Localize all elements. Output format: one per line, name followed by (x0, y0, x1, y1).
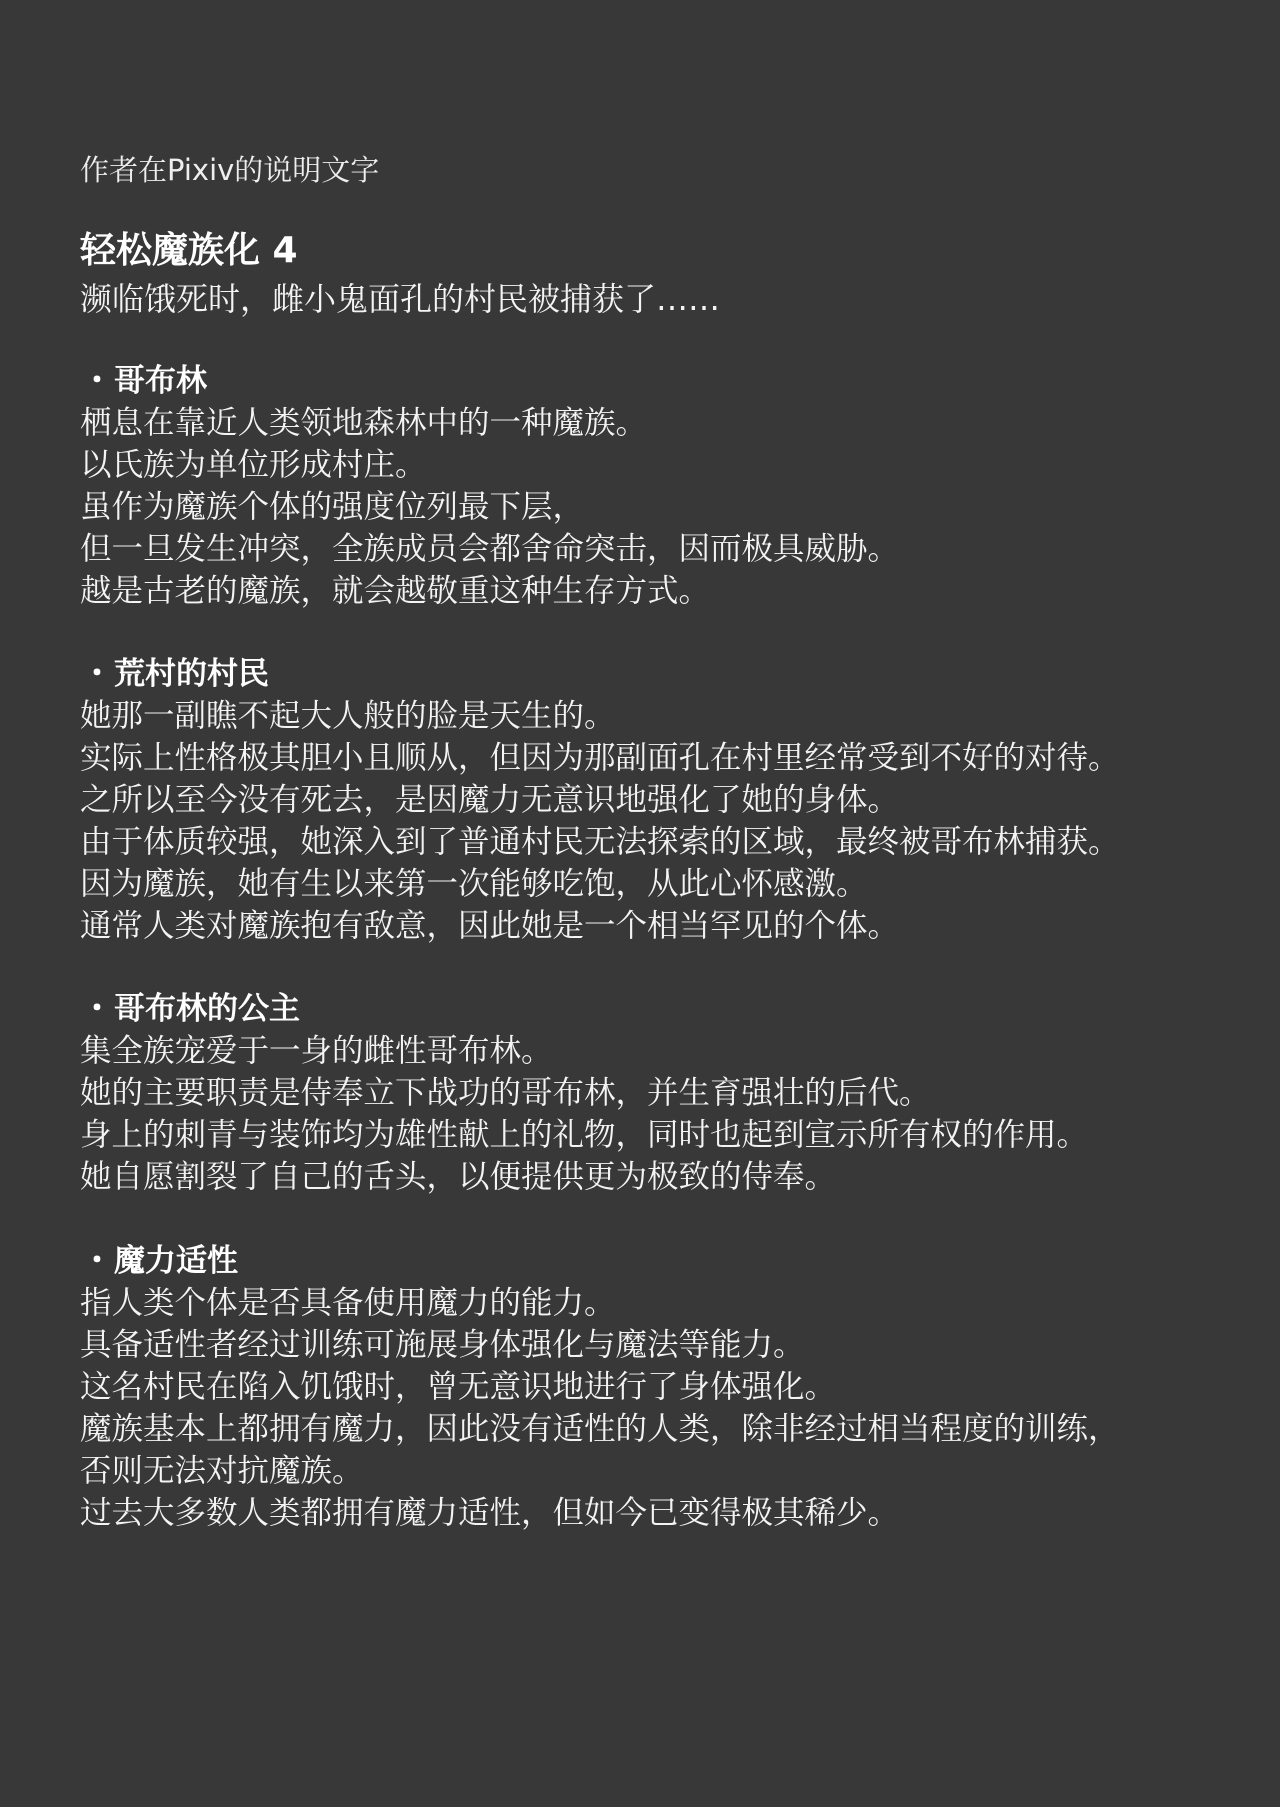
section-goblin-princess: ・哥布林的公主 集全族宠爱于一身的雌性哥布林。 她的主要职责是侍奉立下战功的哥布… (80, 988, 1088, 1198)
section-header: ・哥布林的公主 (80, 988, 1088, 1030)
body-line: 这名村民在陷入饥饿时，曾无意识地进行了身体强化。 (80, 1366, 1120, 1408)
bullet-icon: ・ (80, 1240, 114, 1282)
body-line: 身上的刺青与装饰均为雄性献上的礼物，同时也起到宣示所有权的作用。 (80, 1114, 1088, 1156)
subtitle-text: 濒临饿死时，雌小鬼面孔的村民被捕获了…… (80, 278, 720, 320)
section-magic-aptitude: ・魔力适性 指人类个体是否具备使用魔力的能力。 具备适性者经过训练可施展身体强化… (80, 1240, 1120, 1534)
body-line: 具备适性者经过训练可施展身体强化与魔法等能力。 (80, 1324, 1120, 1366)
body-line: 指人类个体是否具备使用魔力的能力。 (80, 1282, 1120, 1324)
body-line: 集全族宠爱于一身的雌性哥布林。 (80, 1030, 1088, 1072)
section-header-label: 魔力适性 (114, 1243, 238, 1279)
section-header: ・荒村的村民 (80, 653, 1120, 695)
section-header-label: 荒村的村民 (114, 656, 269, 692)
section-goblin: ・哥布林 栖息在靠近人类领地森林中的一种魔族。 以氏族为单位形成村庄。 虽作为魔… (80, 360, 899, 612)
body-line: 否则无法对抗魔族。 (80, 1450, 1120, 1492)
section-header-label: 哥布林 (114, 363, 207, 399)
body-line: 她自愿割裂了自己的舌头，以便提供更为极致的侍奉。 (80, 1156, 1088, 1198)
body-line: 通常人类对魔族抱有敌意，因此她是一个相当罕见的个体。 (80, 905, 1120, 947)
body-line: 由于体质较强，她深入到了普通村民无法探索的区域，最终被哥布林捕获。 (80, 821, 1120, 863)
bullet-icon: ・ (80, 360, 114, 402)
body-line: 之所以至今没有死去，是因魔力无意识地强化了她的身体。 (80, 779, 1120, 821)
bullet-icon: ・ (80, 988, 114, 1030)
body-line: 因为魔族，她有生以来第一次能够吃饱，从此心怀感激。 (80, 863, 1120, 905)
body-line: 魔族基本上都拥有魔力，因此没有适性的人类，除非经过相当程度的训练， (80, 1408, 1120, 1450)
body-line: 虽作为魔族个体的强度位列最下层， (80, 486, 899, 528)
body-line: 实际上性格极其胆小且顺从，但因为那副面孔在村里经常受到不好的对待。 (80, 737, 1120, 779)
section-header: ・哥布林 (80, 360, 899, 402)
page-title: 轻松魔族化 4 (80, 229, 298, 273)
body-line: 过去大多数人类都拥有魔力适性，但如今已变得极其稀少。 (80, 1492, 1120, 1534)
body-line: 她的主要职责是侍奉立下战功的哥布林，并生育强壮的后代。 (80, 1072, 1088, 1114)
body-line: 以氏族为单位形成村庄。 (80, 444, 899, 486)
section-header: ・魔力适性 (80, 1240, 1120, 1282)
body-line: 栖息在靠近人类领地森林中的一种魔族。 (80, 402, 899, 444)
caption-text: 作者在Pixiv的说明文字 (80, 150, 379, 190)
body-line: 越是古老的魔族，就会越敬重这种生存方式。 (80, 570, 899, 612)
body-line: 她那一副瞧不起大人般的脸是天生的。 (80, 695, 1120, 737)
section-villager: ・荒村的村民 她那一副瞧不起大人般的脸是天生的。 实际上性格极其胆小且顺从，但因… (80, 653, 1120, 947)
section-header-label: 哥布林的公主 (114, 991, 300, 1027)
bullet-icon: ・ (80, 653, 114, 695)
body-line: 但一旦发生冲突，全族成员会都舍命突击，因而极具威胁。 (80, 528, 899, 570)
